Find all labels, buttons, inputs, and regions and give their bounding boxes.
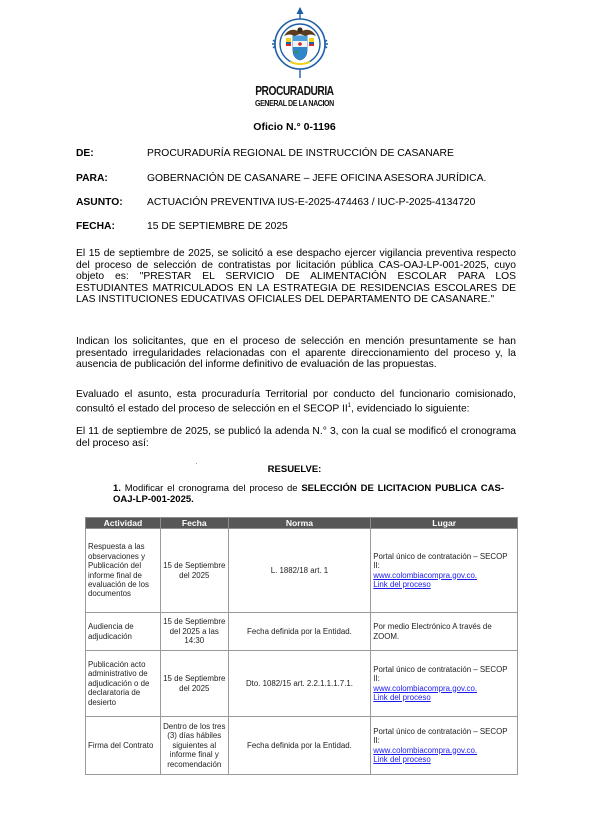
cell-lugar: Portal único de contratación – SECOP II:… [371, 529, 518, 613]
table-row: Publicación acto administrativo de adjud… [86, 651, 518, 717]
paragraph-text: , evidenciado lo siguiente: [351, 403, 470, 414]
lugar-text: Portal único de contratación – SECOP II: [373, 665, 507, 683]
process-link[interactable]: Link del proceso [373, 755, 430, 764]
cell-actividad: Publicación acto administrativo de adjud… [86, 651, 161, 717]
meta-value: PROCURADURÍA REGIONAL DE INSTRUCCIÓN DE … [147, 148, 454, 159]
brand-subtitle: GENERAL DE LA NACION [53, 98, 536, 108]
meta-value: GOBERNACIÓN DE CASANARE – JEFE OFICINA A… [147, 173, 486, 184]
item-number: 1. [113, 483, 121, 494]
colombiacompra-link[interactable]: www.colombiacompra.gov.co. [373, 684, 477, 693]
cell-fecha: 15 de Septiembre del 2025 a las 14:30 [160, 613, 228, 651]
table-row: Respuesta a las observaciones y Publicac… [86, 529, 518, 613]
table-header-row: Actividad Fecha Norma Lugar [86, 518, 518, 529]
cell-norma: L. 1882/18 art. 1 [228, 529, 371, 613]
process-link[interactable]: Link del proceso [373, 580, 430, 589]
paragraph-solicitud: El 15 de septiembre de 2025, se solicitó… [76, 248, 516, 306]
header-lugar: Lugar [371, 518, 518, 529]
meta-value: 15 DE SEPTIEMBRE DE 2025 [147, 221, 288, 232]
table-row: Firma del Contrato Dentro de los tres (3… [86, 717, 518, 775]
colombiacompra-link[interactable]: www.colombiacompra.gov.co. [373, 746, 477, 755]
paragraph-irregularidades: Indican los solicitantes, que en el proc… [76, 336, 516, 371]
lugar-text: Portal único de contratación – SECOP II: [373, 552, 507, 570]
lugar-text: Portal único de contratación – SECOP II: [373, 727, 507, 745]
paragraph-adenda: El 11 de septiembre de 2025, se publicó … [76, 426, 516, 449]
meta-value: ACTUACIÓN PREVENTIVA IUS-E-2025-474463 /… [147, 197, 475, 208]
cell-actividad: Firma del Contrato [86, 717, 161, 775]
cell-lugar: Por medio Electrónico A través de ZOOM. [371, 613, 518, 651]
cronograma-table: Actividad Fecha Norma Lugar Respuesta a … [85, 517, 518, 775]
cell-lugar: Portal único de contratación – SECOP II:… [371, 717, 518, 775]
cell-actividad: Respuesta a las observaciones y Publicac… [86, 529, 161, 613]
meta-key: PARA: [76, 173, 108, 184]
brand-name: PROCURADURIA [53, 84, 536, 98]
cell-actividad: Audiencia de adjudicación [86, 613, 161, 651]
meta-key: FECHA: [76, 221, 115, 232]
cell-norma: Dto. 1082/15 art. 2.2.1.1.1.7.1. [228, 651, 371, 717]
cell-norma: Fecha definida por la Entidad. [228, 613, 371, 651]
oficio-number: Oficio N.° 0-1196 [0, 121, 589, 133]
meta-key: ASUNTO: [76, 197, 123, 208]
procuraduria-seal-icon [270, 6, 330, 84]
cell-lugar: Portal único de contratación – SECOP II:… [371, 651, 518, 717]
header-fecha: Fecha [160, 518, 228, 529]
cell-norma: Fecha definida por la Entidad. [228, 717, 371, 775]
process-link[interactable]: Link del proceso [373, 693, 430, 702]
colombiacompra-link[interactable]: www.colombiacompra.gov.co. [373, 571, 477, 580]
paragraph-evaluacion: Evaluado el asunto, esta procuraduría Te… [76, 389, 516, 415]
header-norma: Norma [228, 518, 371, 529]
document-page: PROCURADURIA GENERAL DE LA NACION Oficio… [0, 0, 589, 814]
cell-fecha: 15 de Septiembre del 2025 [160, 651, 228, 717]
meta-key: DE: [76, 148, 94, 159]
resolution-item-1: 1. Modificar el cronograma del proceso d… [113, 484, 504, 505]
item-text: Modificar el cronograma del proceso de [121, 483, 301, 494]
cell-fecha: Dentro de los tres (3) días hábiles sigu… [160, 717, 228, 775]
resuelve-heading: RESUELVE: [0, 464, 589, 475]
table-row: Audiencia de adjudicación 15 de Septiemb… [86, 613, 518, 651]
header-actividad: Actividad [86, 518, 161, 529]
cell-fecha: 15 de Septiembre del 2025 [160, 529, 228, 613]
